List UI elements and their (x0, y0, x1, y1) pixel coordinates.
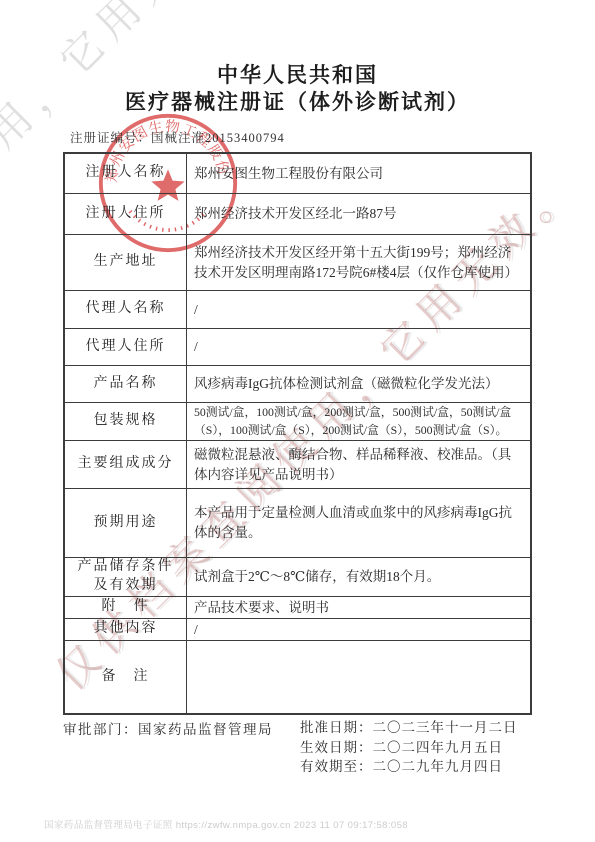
approval-department: 审批部门：国家药品监督管理局 (63, 718, 273, 738)
page-title: 中华人民共和国 医疗器械注册证（体外诊断试剂） (0, 62, 595, 116)
certificate-number: 注册证编号：国械注准20153400794 (70, 128, 285, 146)
row-value (187, 641, 530, 713)
valid-until-date: 有效期至：二〇二九年九月四日 (300, 757, 518, 777)
row-label: 注册人住所 (65, 194, 187, 234)
date-block: 批准日期：二〇二三年十一月二日 生效日期：二〇二四年九月五日 有效期至：二〇二九… (300, 718, 518, 777)
row-value: 风疹病毒IgG抗体检测试剂盒（磁微粒化学发光法） (187, 366, 530, 402)
row-value: 50测试/盒，100测试/盒，200测试/盒，500测试/盒，50测试/盒（S）… (187, 403, 530, 440)
table-row-agent-name: 代理人名称 / (65, 291, 530, 329)
title-certificate: 医疗器械注册证（体外诊断试剂） (0, 89, 595, 116)
row-value: 郑州经济技术开发区经北一路87号 (187, 194, 530, 234)
table-row-storage-validity: 产品储存条件及有效期 试剂盒于2℃～8℃储存，有效期18个月。 (65, 558, 530, 597)
row-value: / (187, 291, 530, 328)
row-label: 代理人名称 (65, 291, 187, 328)
row-label: 生产地址 (65, 235, 187, 290)
approval-date: 批准日期：二〇二三年十一月二日 (300, 718, 518, 738)
row-label: 包装规格 (65, 403, 187, 440)
row-value: 本产品用于定量检测人血清或血浆中的风疹病毒IgG抗体的含量。 (187, 489, 530, 557)
row-label: 预期用途 (65, 489, 187, 557)
row-value: 磁微粒混悬液、酶结合物、样品稀释液、校准品。（具体内容详见产品说明书） (187, 441, 530, 488)
row-value: 产品技术要求、说明书 (187, 597, 530, 618)
table-row-packaging-spec: 包装规格 50测试/盒，100测试/盒，200测试/盒，500测试/盒，50测试… (65, 403, 530, 441)
row-label: 代理人住所 (65, 329, 187, 365)
table-row-remarks: 备 注 (65, 641, 530, 713)
row-value: 试剂盒于2℃～8℃储存，有效期18个月。 (187, 558, 530, 596)
title-country: 中华人民共和国 (0, 62, 595, 89)
table-row-attachments: 附 件 产品技术要求、说明书 (65, 597, 530, 619)
row-label: 注册人名称 (65, 154, 187, 193)
row-label: 产品名称 (65, 366, 187, 402)
row-value: / (187, 329, 530, 365)
effective-date: 生效日期：二〇二四年九月五日 (300, 738, 518, 758)
table-row-main-components: 主要组成成分 磁微粒混悬液、酶结合物、样品稀释液、校准品。（具体内容详见产品说明… (65, 441, 530, 489)
row-label: 其他内容 (65, 619, 187, 640)
row-value: / (187, 619, 530, 640)
row-value: 郑州安图生物工程股份有限公司 (187, 154, 530, 193)
table-row-other-content: 其他内容 / (65, 619, 530, 641)
table-row-agent-address: 代理人住所 / (65, 329, 530, 366)
row-label: 主要组成成分 (65, 441, 187, 488)
certificate-table: 注册人名称 郑州安图生物工程股份有限公司 注册人住所 郑州经济技术开发区经北一路… (63, 152, 532, 715)
row-label: 产品储存条件及有效期 (65, 558, 187, 596)
table-row-intended-use: 预期用途 本产品用于定量检测人血清或血浆中的风疹病毒IgG抗体的含量。 (65, 489, 530, 558)
row-label: 附 件 (65, 597, 187, 618)
table-row-registrant-name: 注册人名称 郑州安图生物工程股份有限公司 (65, 154, 530, 194)
row-label: 备 注 (65, 641, 187, 713)
table-row-production-address: 生产地址 郑州经济技术开发区经开第十五大街199号；郑州经济技术开发区明理南路1… (65, 235, 530, 291)
table-row-product-name: 产品名称 风疹病毒IgG抗体检测试剂盒（磁微粒化学发光法） (65, 366, 530, 403)
row-value: 郑州经济技术开发区经开第十五大街199号；郑州经济技术开发区明理南路172号院6… (187, 235, 530, 290)
table-row-registrant-address: 注册人住所 郑州经济技术开发区经北一路87号 (65, 194, 530, 235)
e-certificate-note: 国家药品监督管理局电子证照 https://zwfw.nmpa.gov.cn 2… (44, 817, 574, 831)
certificate-page: 仅供档案查阅使用，它用无效。 仅供档案查阅使用，它用无效。 郑州安图生物工程股份… (0, 0, 595, 842)
